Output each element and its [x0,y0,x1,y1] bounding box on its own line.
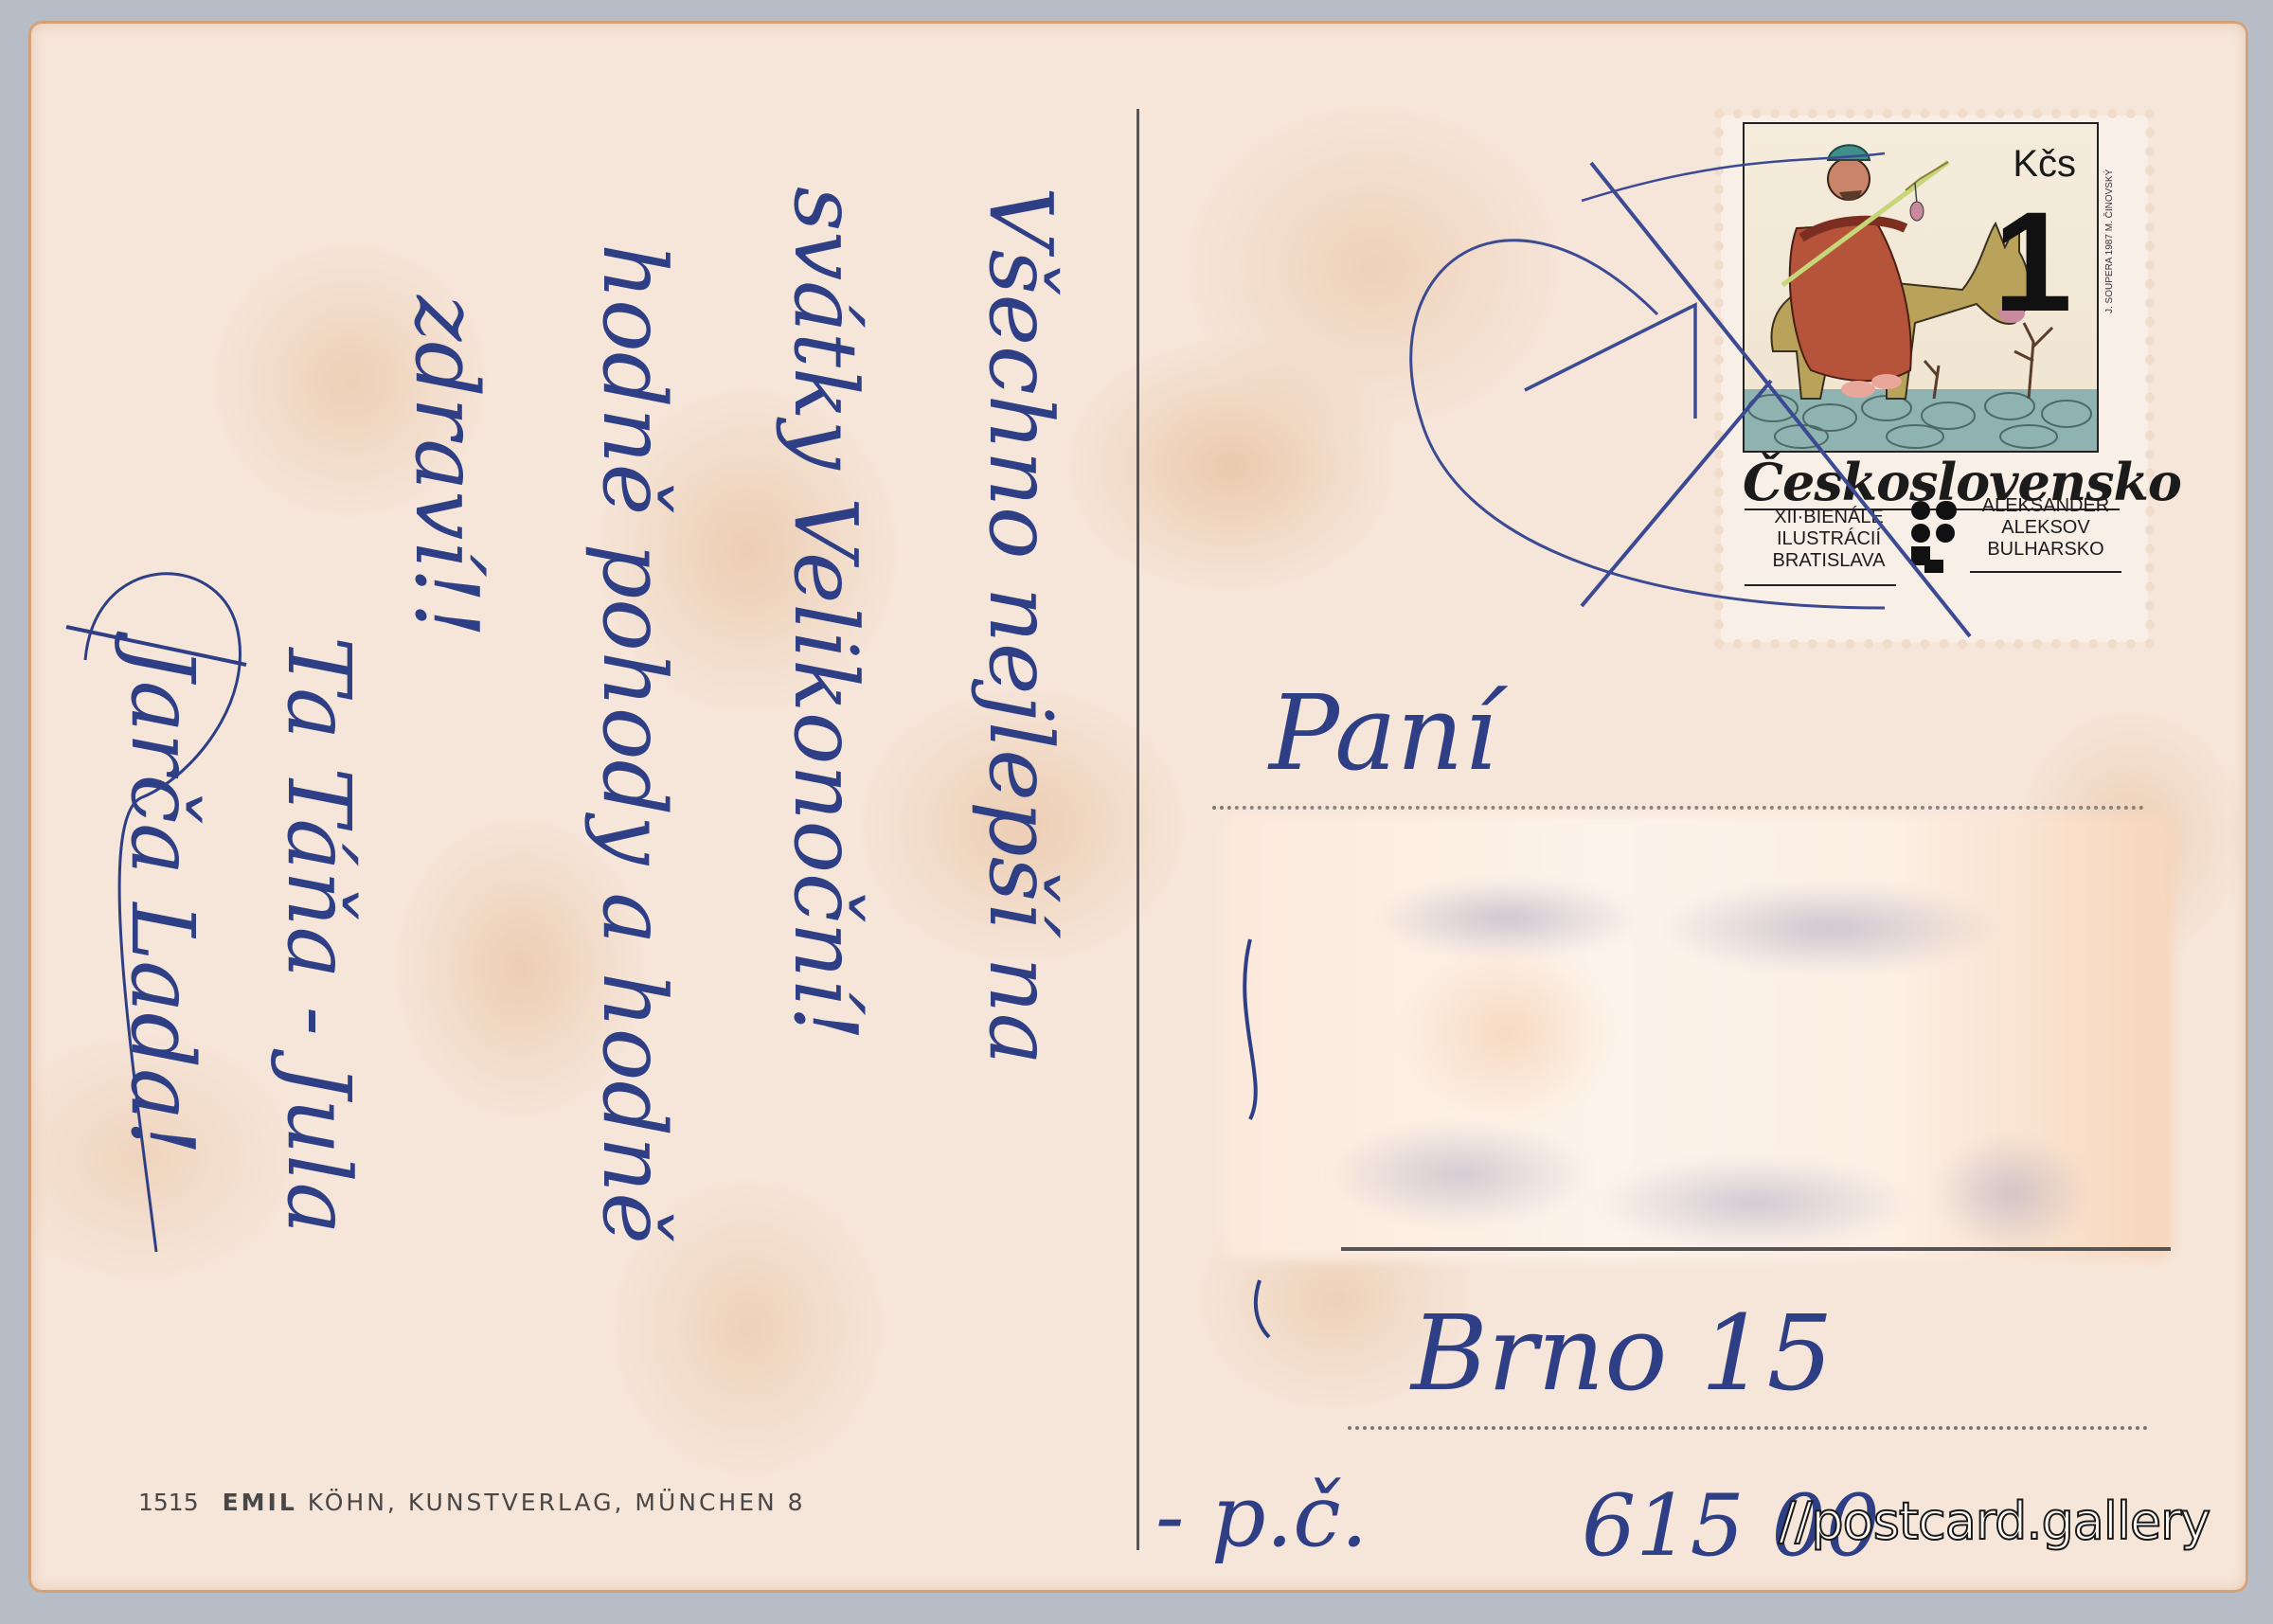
stamp-artist-text: ALEKSANDER ALEKSOV BULHARSKO [1970,495,2121,561]
message-line-2: svátky Velikonoční! [775,187,876,1041]
stamp-artist-line: ALEKSOV [1970,517,2121,539]
stamp-artist-line: BULHARSKO [1970,539,2121,561]
stamp-artist-line: ALEKSANDER [1970,495,2121,517]
message-line-5: Ta Táňa - Jula [268,636,369,1234]
stamp-rule-bottom-left [1745,584,1896,586]
publisher-first-name: EMIL [223,1489,297,1516]
bib-logo-icon [1909,499,1959,575]
message-line-1: Všechno nejlepší na [970,187,1071,1065]
stamp-currency: Kčs [2013,143,2076,186]
center-divider [1136,109,1139,1550]
postcode-label: - p.č. [1155,1467,1368,1566]
stamp-illustration-frame: Kčs 1 J. SOUPERA 1987 M. ČINOVSKÝ [1743,122,2099,453]
address-line-4 [1348,1426,2148,1430]
address-salutation: Paní [1267,672,1508,794]
publisher-rest: KÖHN, KUNSTVERLAG, MÜNCHEN 8 [308,1489,806,1516]
address-line-1 [1212,806,2144,810]
stamp-event-text: XII·BIENÁLE ILUSTRÁCIÍ BRATISLAVA [1758,507,1900,572]
stamp-rule-bottom-right [1970,571,2121,573]
postcard-back: Všechno nejlepší na svátky Velikonoční! … [28,21,2248,1593]
postage-stamp: Kčs 1 J. SOUPERA 1987 M. ČINOVSKÝ Českos… [1724,118,2145,639]
signature-flourish [85,574,241,1252]
address-city: Brno 15 [1409,1293,1833,1414]
publisher-imprint: 1515 EMIL KÖHN, KUNSTVERLAG, MÜNCHEN 8 [138,1489,806,1516]
stamp-event-line: ILUSTRÁCIÍ [1758,528,1900,550]
message-line-3: hodně pohody a hodně [583,243,685,1244]
message-line-6: Jarča Lada! [112,631,213,1155]
stamp-credit: J. SOUPERA 1987 M. ČINOVSKÝ [2104,170,2115,313]
redacted-address [1224,814,2173,1259]
message-line-4: zdraví!! [396,294,497,638]
watermark: //postcard.gallery [1779,1491,2210,1551]
address-line-3 [1341,1247,2171,1251]
card-number: 1515 [138,1489,199,1516]
stamp-event-line: XII·BIENÁLE [1758,507,1900,528]
stamp-value: 1 [1994,190,2072,332]
stamp-event-line: BRATISLAVA [1758,550,1900,572]
